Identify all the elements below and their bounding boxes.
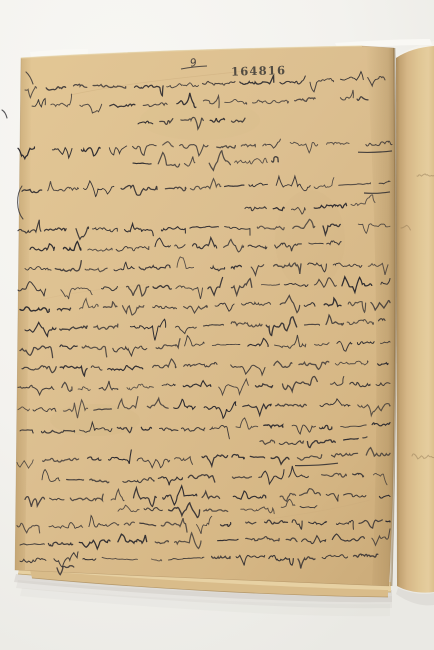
photograph-of-manuscript: 164816 9 xyxy=(0,0,434,650)
handwriting-word xyxy=(386,521,390,522)
manuscript-photo-scene: 164816 9 xyxy=(0,0,434,650)
archive-stamp: 164816 xyxy=(231,63,287,78)
manuscript-page xyxy=(15,46,395,586)
adjacent-page-edge xyxy=(396,46,434,593)
handwriting-word xyxy=(67,479,84,480)
